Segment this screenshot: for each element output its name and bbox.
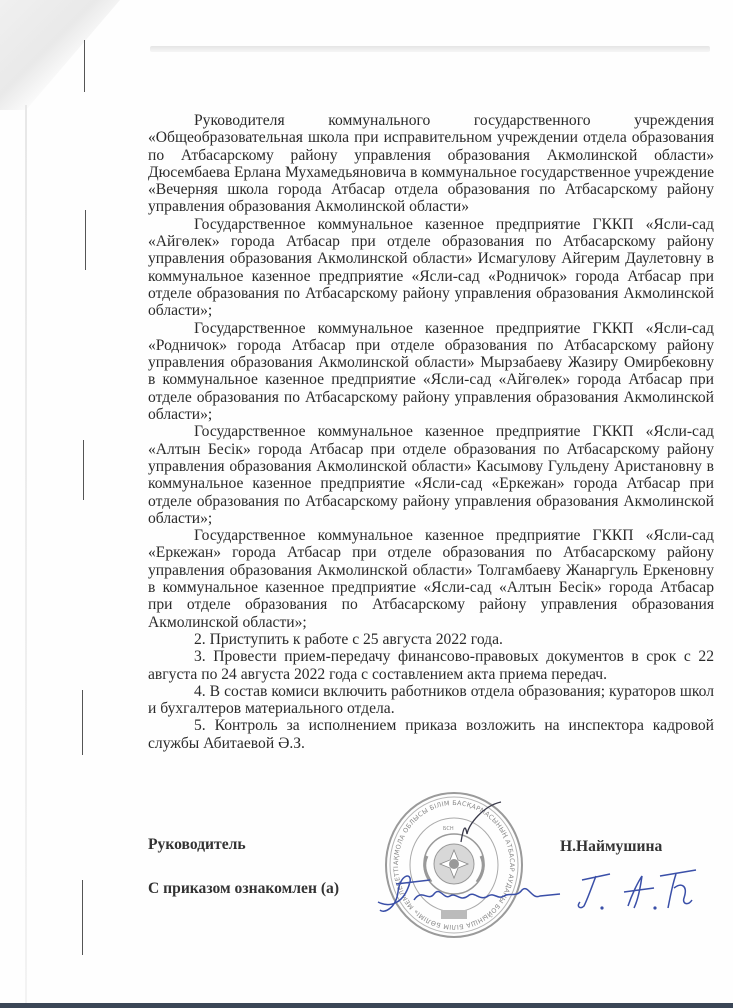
paragraph-transfer-5: Государственное коммунальное казенное пр… xyxy=(148,527,714,631)
page-fold-shadow xyxy=(0,0,130,110)
binding-mark xyxy=(85,210,86,270)
scanned-page: Руководителя коммунального государственн… xyxy=(0,0,733,1008)
acknowledged-text: С приказом ознакомлен (а) xyxy=(148,880,339,897)
item-4: 4. В состав комиси включить работников о… xyxy=(148,683,714,718)
page-fold-line xyxy=(25,105,27,1005)
item-5: 5. Контроль за исполнением приказа возло… xyxy=(148,717,714,752)
paragraph-transfer-2: Государственное коммунальное казенное пр… xyxy=(148,216,714,320)
scan-artifact-rule xyxy=(150,46,710,52)
acknowledged-label: С приказом ознакомлен (а) xyxy=(148,880,339,898)
head-name: Н.Наймушина xyxy=(560,838,662,856)
svg-text:БСН: БСН xyxy=(443,826,454,832)
paragraph-transfer-4: Государственное коммунальное казенное пр… xyxy=(148,423,714,527)
paragraph-transfer-1: Руководителя коммунального государственн… xyxy=(148,112,714,216)
item-3: 3. Провести прием-передачу финансово-пра… xyxy=(148,648,714,683)
paragraph-transfer-3: Государственное коммунальное казенное пр… xyxy=(148,320,714,424)
binding-mark xyxy=(83,440,84,500)
document-body: Руководителя коммунального государственн… xyxy=(148,112,714,752)
head-label: Руководитель xyxy=(148,836,246,854)
acknowledgement-signature xyxy=(370,862,700,922)
binding-mark xyxy=(82,690,83,755)
head-signature xyxy=(455,800,505,850)
binding-mark xyxy=(82,880,83,955)
binding-mark xyxy=(84,40,85,92)
item-2: 2. Приступить к работе с 25 августа 2022… xyxy=(148,631,714,648)
scan-bottom-edge xyxy=(0,1003,733,1008)
